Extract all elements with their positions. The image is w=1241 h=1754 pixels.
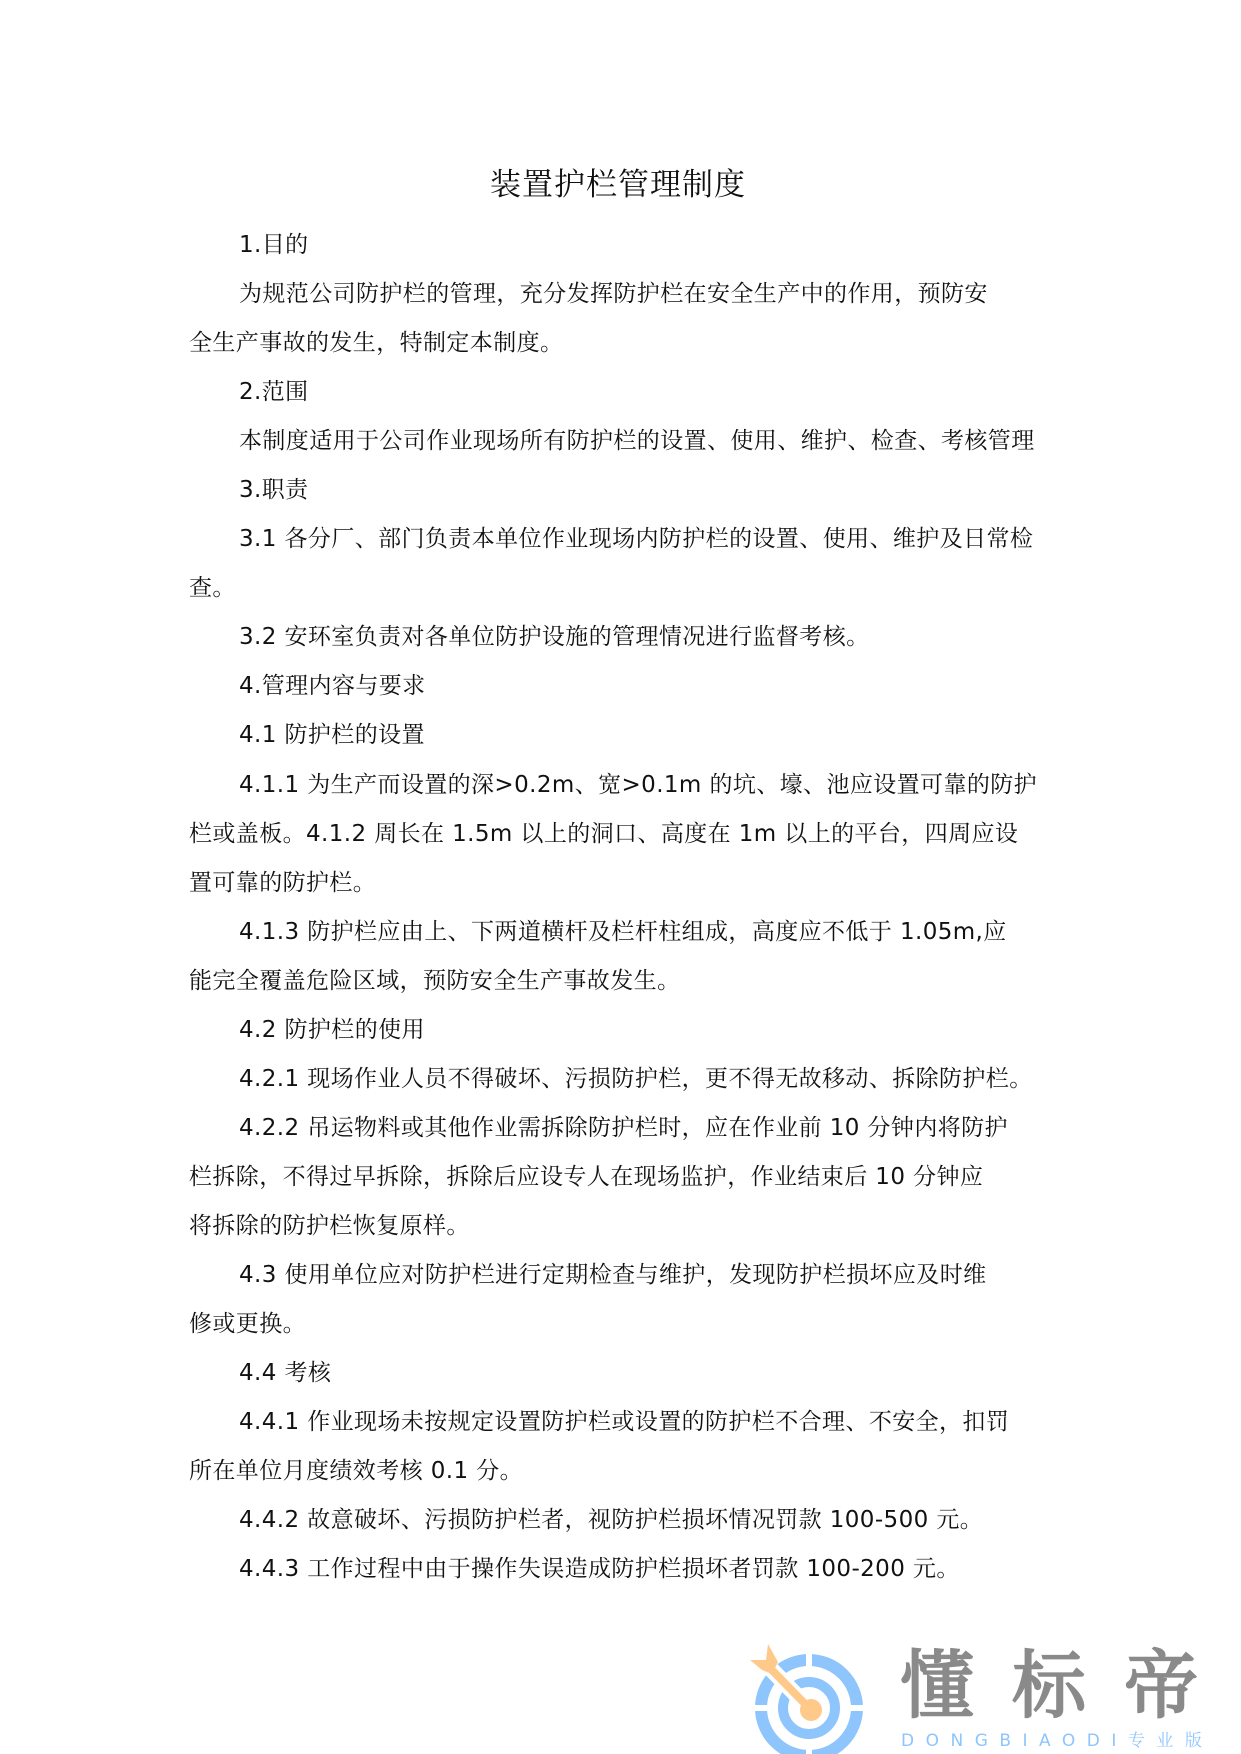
section-heading-scope: 2.范围 [189, 368, 1069, 417]
section-heading-responsibilities: 3.职责 [189, 466, 1069, 515]
target-arrow-icon [748, 1640, 870, 1754]
paragraph-line: 本制度适用于公司作业现场所有防护栏的设置、使用、维护、检查、考核管理 [189, 417, 1069, 466]
paragraph-line: 为规范公司防护栏的管理，充分发挥防护栏在安全生产中的作用，预防安 [189, 270, 1069, 319]
paragraph-line: 3.2 安环室负责对各单位防护设施的管理情况进行监督考核。 [189, 613, 1069, 662]
watermark-logo: 懂标帝 DONGBIAODI专业版 [748, 1630, 1241, 1754]
document-title: 装置护栏管理制度 [0, 164, 1236, 206]
document-body: 1.目的 为规范公司防护栏的管理，充分发挥防护栏在安全生产中的作用，预防安 全生… [189, 221, 1069, 1594]
paragraph-line: 查。 [189, 564, 1069, 613]
paragraph-line: 4.4.1 作业现场未按规定设置防护栏或设置的防护栏不合理、不安全，扣罚 [189, 1398, 1069, 1447]
paragraph-line: 4.1.1 为生产而设置的深>0.2m、宽>0.1m 的坑、壕、池应设置可靠的防… [189, 761, 1069, 810]
subsection-heading-setup: 4.1 防护栏的设置 [189, 711, 1069, 760]
paragraph-line: 栏或盖板。4.1.2 周长在 1.5m 以上的洞口、高度在 1m 以上的平台，四… [189, 810, 1069, 859]
watermark-brand: 懂标帝 [900, 1646, 1236, 1726]
section-heading-purpose: 1.目的 [189, 221, 1069, 270]
paragraph-line: 置可靠的防护栏。 [189, 859, 1069, 908]
paragraph-line: 将拆除的防护栏恢复原样。 [189, 1202, 1069, 1251]
paragraph-line: 4.4.2 故意破坏、污损防护栏者，视防护栏损坏情况罚款 100-500 元。 [189, 1496, 1069, 1545]
paragraph-line: 4.2.1 现场作业人员不得破坏、污损防护栏，更不得无故移动、拆除防护栏。 [189, 1055, 1069, 1104]
paragraph-line: 全生产事故的发生，特制定本制度。 [189, 319, 1069, 368]
paragraph-line: 4.2.2 吊运物料或其他作业需拆除防护栏时，应在作业前 10 分钟内将防护 [189, 1104, 1069, 1153]
paragraph-line: 栏拆除，不得过早拆除，拆除后应设专人在现场监护，作业结束后 10 分钟应 [189, 1153, 1069, 1202]
paragraph-line: 修或更换。 [189, 1300, 1069, 1349]
paragraph-line: 4.3 使用单位应对防护栏进行定期检查与维护，发现防护栏损坏应及时维 [189, 1251, 1069, 1300]
section-heading-requirements: 4.管理内容与要求 [189, 662, 1069, 711]
paragraph-line: 4.1.3 防护栏应由上、下两道横杆及栏杆柱组成，高度应不低于 1.05m,应 [189, 908, 1069, 957]
paragraph-line: 3.1 各分厂、部门负责本单位作业现场内防护栏的设置、使用、维护及日常检 [189, 515, 1069, 564]
paragraph-line: 4.4.3 工作过程中由于操作失误造成防护栏损坏者罚款 100-200 元。 [189, 1545, 1069, 1594]
subsection-heading-assessment: 4.4 考核 [189, 1349, 1069, 1398]
paragraph-line: 能完全覆盖危险区域，预防安全生产事故发生。 [189, 957, 1069, 1006]
watermark-subtitle: DONGBIAODI专业版 [901, 1731, 1213, 1751]
paragraph-line: 所在单位月度绩效考核 0.1 分。 [189, 1447, 1069, 1496]
subsection-heading-usage: 4.2 防护栏的使用 [189, 1006, 1069, 1055]
